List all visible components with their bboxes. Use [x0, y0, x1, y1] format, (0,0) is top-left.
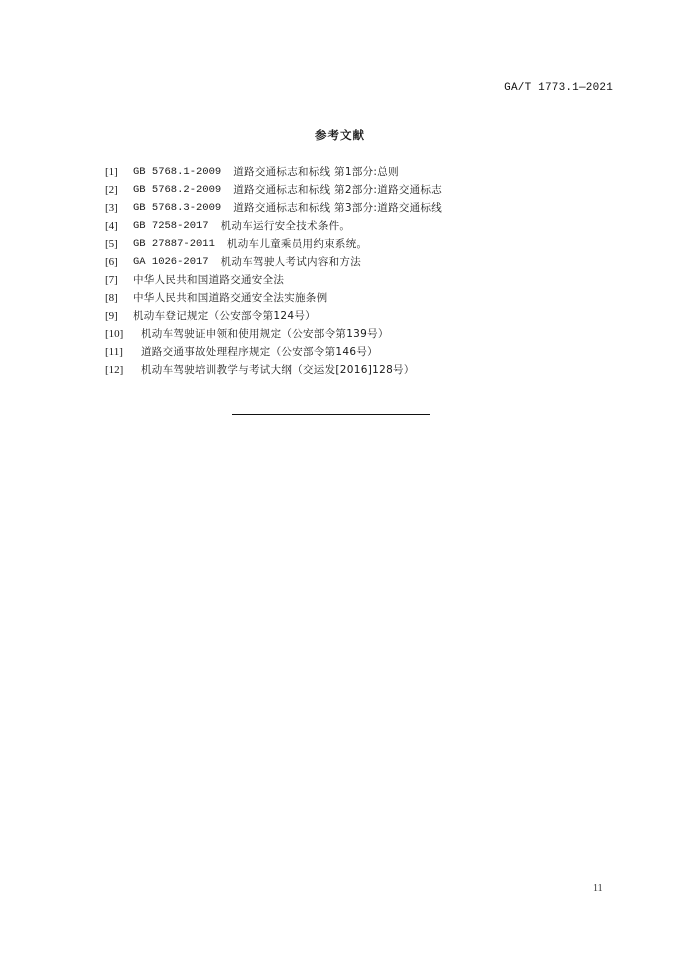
- reference-item: [2] GB 5768.2-2009 道路交通标志和标线 第2部分:道路交通标志: [105, 181, 442, 199]
- reference-code: GB 27887-2011: [133, 235, 215, 253]
- reference-number: [2]: [105, 181, 133, 199]
- reference-code: GA 1026-2017: [133, 253, 209, 271]
- reference-item: [11] 道路交通事故处理程序规定（公安部令第146号）: [105, 343, 442, 361]
- reference-title: 中华人民共和国道路交通安全法: [133, 271, 284, 289]
- reference-item: [1] GB 5768.1-2009 道路交通标志和标线 第1部分:总则: [105, 163, 442, 181]
- reference-item: [9] 机动车登记规定（公安部令第124号）: [105, 307, 442, 325]
- reference-item: [6] GA 1026-2017 机动车驾驶人考试内容和方法: [105, 253, 442, 271]
- page-number: 11: [593, 883, 603, 894]
- reference-title: 机动车儿童乘员用约束系统。: [227, 235, 367, 253]
- reference-number: [10]: [105, 325, 141, 343]
- reference-code: GB 7258-2017: [133, 217, 209, 235]
- reference-number: [5]: [105, 235, 133, 253]
- reference-title: 机动车驾驶证申领和使用规定（公安部令第139号）: [141, 325, 389, 343]
- reference-number: [1]: [105, 163, 133, 181]
- reference-item: [7] 中华人民共和国道路交通安全法: [105, 271, 442, 289]
- reference-title: 道路交通标志和标线 第3部分:道路交通标线: [233, 199, 442, 217]
- reference-item: [10] 机动车驾驶证申领和使用规定（公安部令第139号）: [105, 325, 442, 343]
- reference-number: [3]: [105, 199, 133, 217]
- reference-number: [9]: [105, 307, 133, 325]
- reference-title: 道路交通事故处理程序规定（公安部令第146号）: [141, 343, 378, 361]
- reference-title: 机动车驾驶培训教学与考试大纲（交运发[2016]128号）: [141, 361, 415, 379]
- reference-title: 中华人民共和国道路交通安全法实施条例: [133, 289, 327, 307]
- reference-title: 机动车驾驶人考试内容和方法: [221, 253, 361, 271]
- reference-title: 机动车运行安全技术条件。: [221, 217, 351, 235]
- reference-item: [8] 中华人民共和国道路交通安全法实施条例: [105, 289, 442, 307]
- reference-number: [4]: [105, 217, 133, 235]
- reference-number: [7]: [105, 271, 133, 289]
- section-title: 参考文献: [0, 127, 680, 143]
- reference-list: [1] GB 5768.1-2009 道路交通标志和标线 第1部分:总则 [2]…: [105, 163, 442, 379]
- reference-item: [4] GB 7258-2017 机动车运行安全技术条件。: [105, 217, 442, 235]
- reference-title: 道路交通标志和标线 第2部分:道路交通标志: [233, 181, 442, 199]
- reference-number: [11]: [105, 343, 141, 361]
- reference-code: GB 5768.3-2009: [133, 199, 221, 217]
- reference-code: GB 5768.2-2009: [133, 181, 221, 199]
- end-of-document-rule: [232, 414, 430, 415]
- standard-code-header: GA/T 1773.1—2021: [504, 82, 613, 94]
- reference-item: [5] GB 27887-2011 机动车儿童乘员用约束系统。: [105, 235, 442, 253]
- reference-number: [8]: [105, 289, 133, 307]
- reference-title: 道路交通标志和标线 第1部分:总则: [233, 163, 399, 181]
- reference-number: [12]: [105, 361, 141, 379]
- reference-item: [12] 机动车驾驶培训教学与考试大纲（交运发[2016]128号）: [105, 361, 442, 379]
- reference-number: [6]: [105, 253, 133, 271]
- reference-item: [3] GB 5768.3-2009 道路交通标志和标线 第3部分:道路交通标线: [105, 199, 442, 217]
- reference-code: GB 5768.1-2009: [133, 163, 221, 181]
- reference-title: 机动车登记规定（公安部令第124号）: [133, 307, 316, 325]
